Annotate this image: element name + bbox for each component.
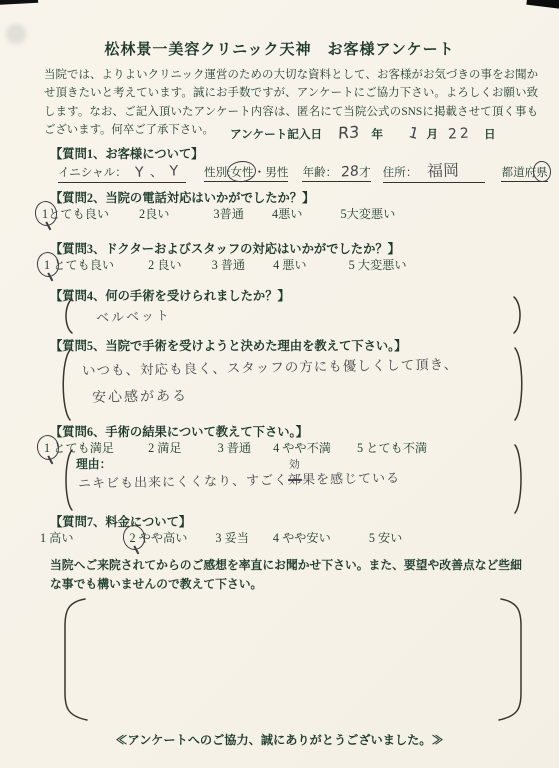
initial-value-handwritten: Y、Y xyxy=(135,160,185,182)
address-value-handwritten: 福岡 xyxy=(427,157,460,181)
feedback-prompt: 当院へご来院されてからのご感想を率直にお聞かせ下さい。また、要望や改善点など些細… xyxy=(50,556,532,593)
q6-option-3: 3 普通 xyxy=(218,439,252,456)
q2-option-2: 2良い xyxy=(139,205,169,222)
q5-bracket-left xyxy=(57,349,73,421)
q6-bracket-right xyxy=(512,444,527,514)
address-label: 住所： xyxy=(383,166,418,179)
initial-field: イニシャル：Y、Y xyxy=(58,161,186,183)
question3-options: 1 とても良い 2 良い 3 普通 4 悪い 5 大変悪い xyxy=(44,256,407,273)
q5-answer-line2-handwritten: 安心感がある xyxy=(92,385,188,407)
q3-option-2: 2 良い xyxy=(148,256,182,273)
date-day-unit: 日 xyxy=(484,126,496,142)
age-field: 年齢：28才 xyxy=(302,164,370,182)
q5-bracket-right xyxy=(512,347,528,421)
q6-reason-struck-char: 郊 xyxy=(288,473,302,488)
prefecture-ken-circled: 県 xyxy=(536,164,548,180)
q6-reason-handwritten: ニキビも出来にくくなり、すごく郊効果を感じている xyxy=(78,467,400,492)
question4-heading: 【質問4、何の手術を受けられましたか？】 xyxy=(50,286,290,304)
age-label: 年齢： xyxy=(302,166,337,179)
q4-answer-handwritten: ベルベット xyxy=(96,305,172,327)
scan-artifact-top-right xyxy=(526,0,559,9)
date-label: アンケート記入日 xyxy=(230,126,322,142)
question2-options: 1とても良い 2良い 3普通 4悪い 5大変悪い xyxy=(42,205,395,222)
feedback-box-bracket-right xyxy=(496,597,528,722)
prefecture-suffix-field: 都道府県 xyxy=(501,164,547,182)
q7-option-3: 3 妥当 xyxy=(215,529,249,546)
gender-male: 男性 xyxy=(265,166,288,179)
q5-answer-line1-handwritten: いつも、対応も良く、スタッフの方にも優しくして頂き、 xyxy=(82,353,458,380)
question1-fields: イニシャル：Y、Y 性別:女性・男性 年齢：28才 住所：福岡 都道府県 xyxy=(58,158,548,183)
q7-option-4: 4 やや安い xyxy=(273,529,331,546)
q3-option-3: 3 普通 xyxy=(212,256,246,273)
question3-heading: 【質問3、ドクターおよびスタッフの対応はいかがでしたか？】 xyxy=(50,239,400,257)
q3-option-4: 4 悪い xyxy=(273,256,307,273)
q6-option-2: 2 満足 xyxy=(148,439,182,456)
q7-option-1: 1 高い xyxy=(40,529,74,546)
address-field: 住所：福岡 xyxy=(383,158,486,183)
closing-thanks: ≪アンケートへのご協力、誠にありがとうございました。≫ xyxy=(0,731,559,748)
question6-options: 1 とても満足 2 満足 3 普通 4 やや不満 5 とても不満 xyxy=(44,439,427,456)
q7-option-2: 2 やや高い xyxy=(130,529,188,546)
date-month-unit: 月 xyxy=(427,126,439,142)
scanned-survey-form: 松林景一美容クリニック天神 お客様アンケート 当院では、よりよいクリニック運営の… xyxy=(0,0,559,768)
q6-reason-pre: ニキビも出来にくくなり、すごく xyxy=(78,473,288,492)
q6-option-1: 1 とても満足 xyxy=(44,439,114,456)
q3-option-5: 5 大変悪い xyxy=(349,256,407,273)
q4-bracket-left xyxy=(60,298,74,334)
initial-label: イニシャル： xyxy=(58,166,127,179)
age-value-handwritten: 28 xyxy=(341,163,359,180)
scan-artifact-top-left xyxy=(0,0,38,5)
question7-heading: 【質問7、料金について】 xyxy=(50,512,191,530)
q6-option-4: 4 やや不満 xyxy=(273,439,331,456)
q6-reason-label: 理由： xyxy=(76,455,111,472)
gender-female-circled: 女性 xyxy=(230,164,253,180)
question2-heading: 【質問2、当院の電話対応はいかがでしたか？】 xyxy=(50,188,314,206)
q2-option-3: 3普通 xyxy=(214,205,244,222)
form-title: 松林景一美容クリニック天神 お客様アンケート xyxy=(0,38,559,59)
q6-reason-post: 果を感じている xyxy=(302,471,400,488)
q2-option-1: 1とても良い xyxy=(42,205,109,222)
q6-reason-correction-above: 効 xyxy=(289,456,301,472)
q2-option-5: 5大変悪い xyxy=(340,205,395,222)
q4-bracket-right xyxy=(512,296,526,334)
date-day-handwritten: 22 xyxy=(448,125,473,142)
date-year-handwritten: R3 xyxy=(338,122,360,143)
age-unit: 才 xyxy=(359,166,371,179)
question5-heading: 【質問5、当院で手術を受けようと決めた理由を教えて下さい。】 xyxy=(50,336,407,354)
prefecture-suffix: 都道府 xyxy=(501,166,536,179)
q7-option-5: 5 安い xyxy=(369,529,403,546)
q2-option-4: 4悪い xyxy=(272,205,302,222)
date-year-unit: 年 xyxy=(371,126,383,142)
feedback-box-bracket-left xyxy=(58,597,90,722)
gender-field: 性別:女性・男性 xyxy=(204,164,288,182)
q6-option-5: 5 とても不満 xyxy=(357,439,427,456)
q6-reason-strikethrough-wrap: 郊効 xyxy=(288,469,302,488)
question7-options: 1 高い 2 やや高い 3 妥当 4 やや安い 5 安い xyxy=(40,529,402,546)
q3-option-1: 1 とても良い xyxy=(44,256,114,273)
q6-bracket-left xyxy=(60,449,75,511)
question6-heading: 【質問6、手術の結果について教えて下さい。】 xyxy=(50,422,308,440)
date-month-handwritten: 1 xyxy=(407,123,421,143)
survey-date-row: アンケート記入日 R3 年 1 月 22 日 xyxy=(230,123,496,142)
